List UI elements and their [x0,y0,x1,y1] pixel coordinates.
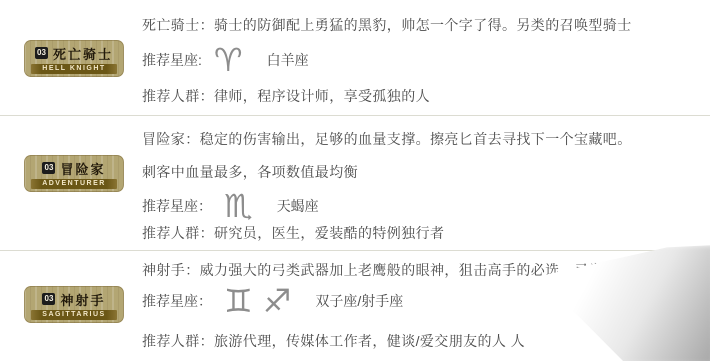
scorpio-icon: ♏ [224,188,253,224]
class-description-secondary: 刺客中血量最多，各项数值最均衡 [142,162,696,182]
sagittarius-icon: ♐ [263,283,292,319]
badge-number: 03 [42,162,55,174]
recommended-people-row: 推荐人群：律师，程序设计师，享受孤独的人 [142,86,696,106]
gemini-icon: ♊ [224,283,253,319]
people-label: 推荐人群： [142,333,214,349]
recommended-zodiac-row: 推荐星座： ♊ ♐ 双子座/射手座 [142,283,403,319]
people-value: 律师，程序设计师，享受孤独的人 [214,88,430,104]
badge-class-name: 死亡骑士 [53,44,113,63]
class-section-hell-knight: 03 死亡骑士 HELL KNIGHT 死亡骑士：骑士的防御配上勇猛的黑豹，帅怎… [0,0,710,116]
badge-number: 03 [35,47,48,59]
badge-english-subtitle: HELL KNIGHT [31,64,117,74]
class-badge-hell-knight: 03 死亡骑士 HELL KNIGHT [24,40,124,77]
recommended-zodiac-row: 推荐星座： ♏ 天蝎座 [142,188,319,224]
badge-class-name: 神射手 [60,290,105,309]
badge-number: 03 [42,293,55,305]
badge-english-subtitle: SAGITTARIUS [31,310,117,320]
badge-title-row: 03 神射手 [24,286,124,309]
badge-english-subtitle: ADVENTURER [31,179,117,189]
recommended-zodiac-row: 推荐星座: ♈ 白羊座 [142,42,309,78]
zodiac-label: 推荐星座： [142,291,212,311]
people-label: 推荐人群： [142,225,214,241]
zodiac-label: 推荐星座： [142,196,212,216]
zodiac-name: 天蝎座 [277,196,319,216]
people-value: 旅游代理，传媒体工作者，健谈/爱交朋友的人 人 [214,333,525,349]
zodiac-label: 推荐星座: [142,50,202,70]
class-description: 冒险家：稳定的伤害输出，足够的血量支撑。擦亮匕首去寻找下一个宝藏吧。 [142,129,696,149]
recommended-people-row: 推荐人群：研究员，医生，爱装酷的特例独行者 [142,223,696,243]
class-section-adventurer: 03 冒险家 ADVENTURER 冒险家：稳定的伤害输出，足够的血量支撑。擦亮… [0,116,710,251]
people-value: 研究员，医生，爱装酷的特例独行者 [214,225,444,241]
badge-title-row: 03 冒险家 [24,155,124,178]
aries-icon: ♈ [214,42,243,78]
badge-class-name: 冒险家 [60,159,105,178]
people-label: 推荐人群： [142,88,214,104]
zodiac-name: 双子座/射手座 [315,291,403,311]
zodiac-class-infographic: 03 死亡骑士 HELL KNIGHT 死亡骑士：骑士的防御配上勇猛的黑豹，帅怎… [0,0,710,361]
class-badge-adventurer: 03 冒险家 ADVENTURER [24,155,124,192]
zodiac-name: 白羊座 [267,50,309,70]
class-badge-archer: 03 神射手 SAGITTARIUS [24,286,124,323]
badge-title-row: 03 死亡骑士 [24,40,124,63]
class-description: 死亡骑士：骑士的防御配上勇猛的黑豹，帅怎一个字了得。另类的召唤型骑士 [142,15,696,35]
